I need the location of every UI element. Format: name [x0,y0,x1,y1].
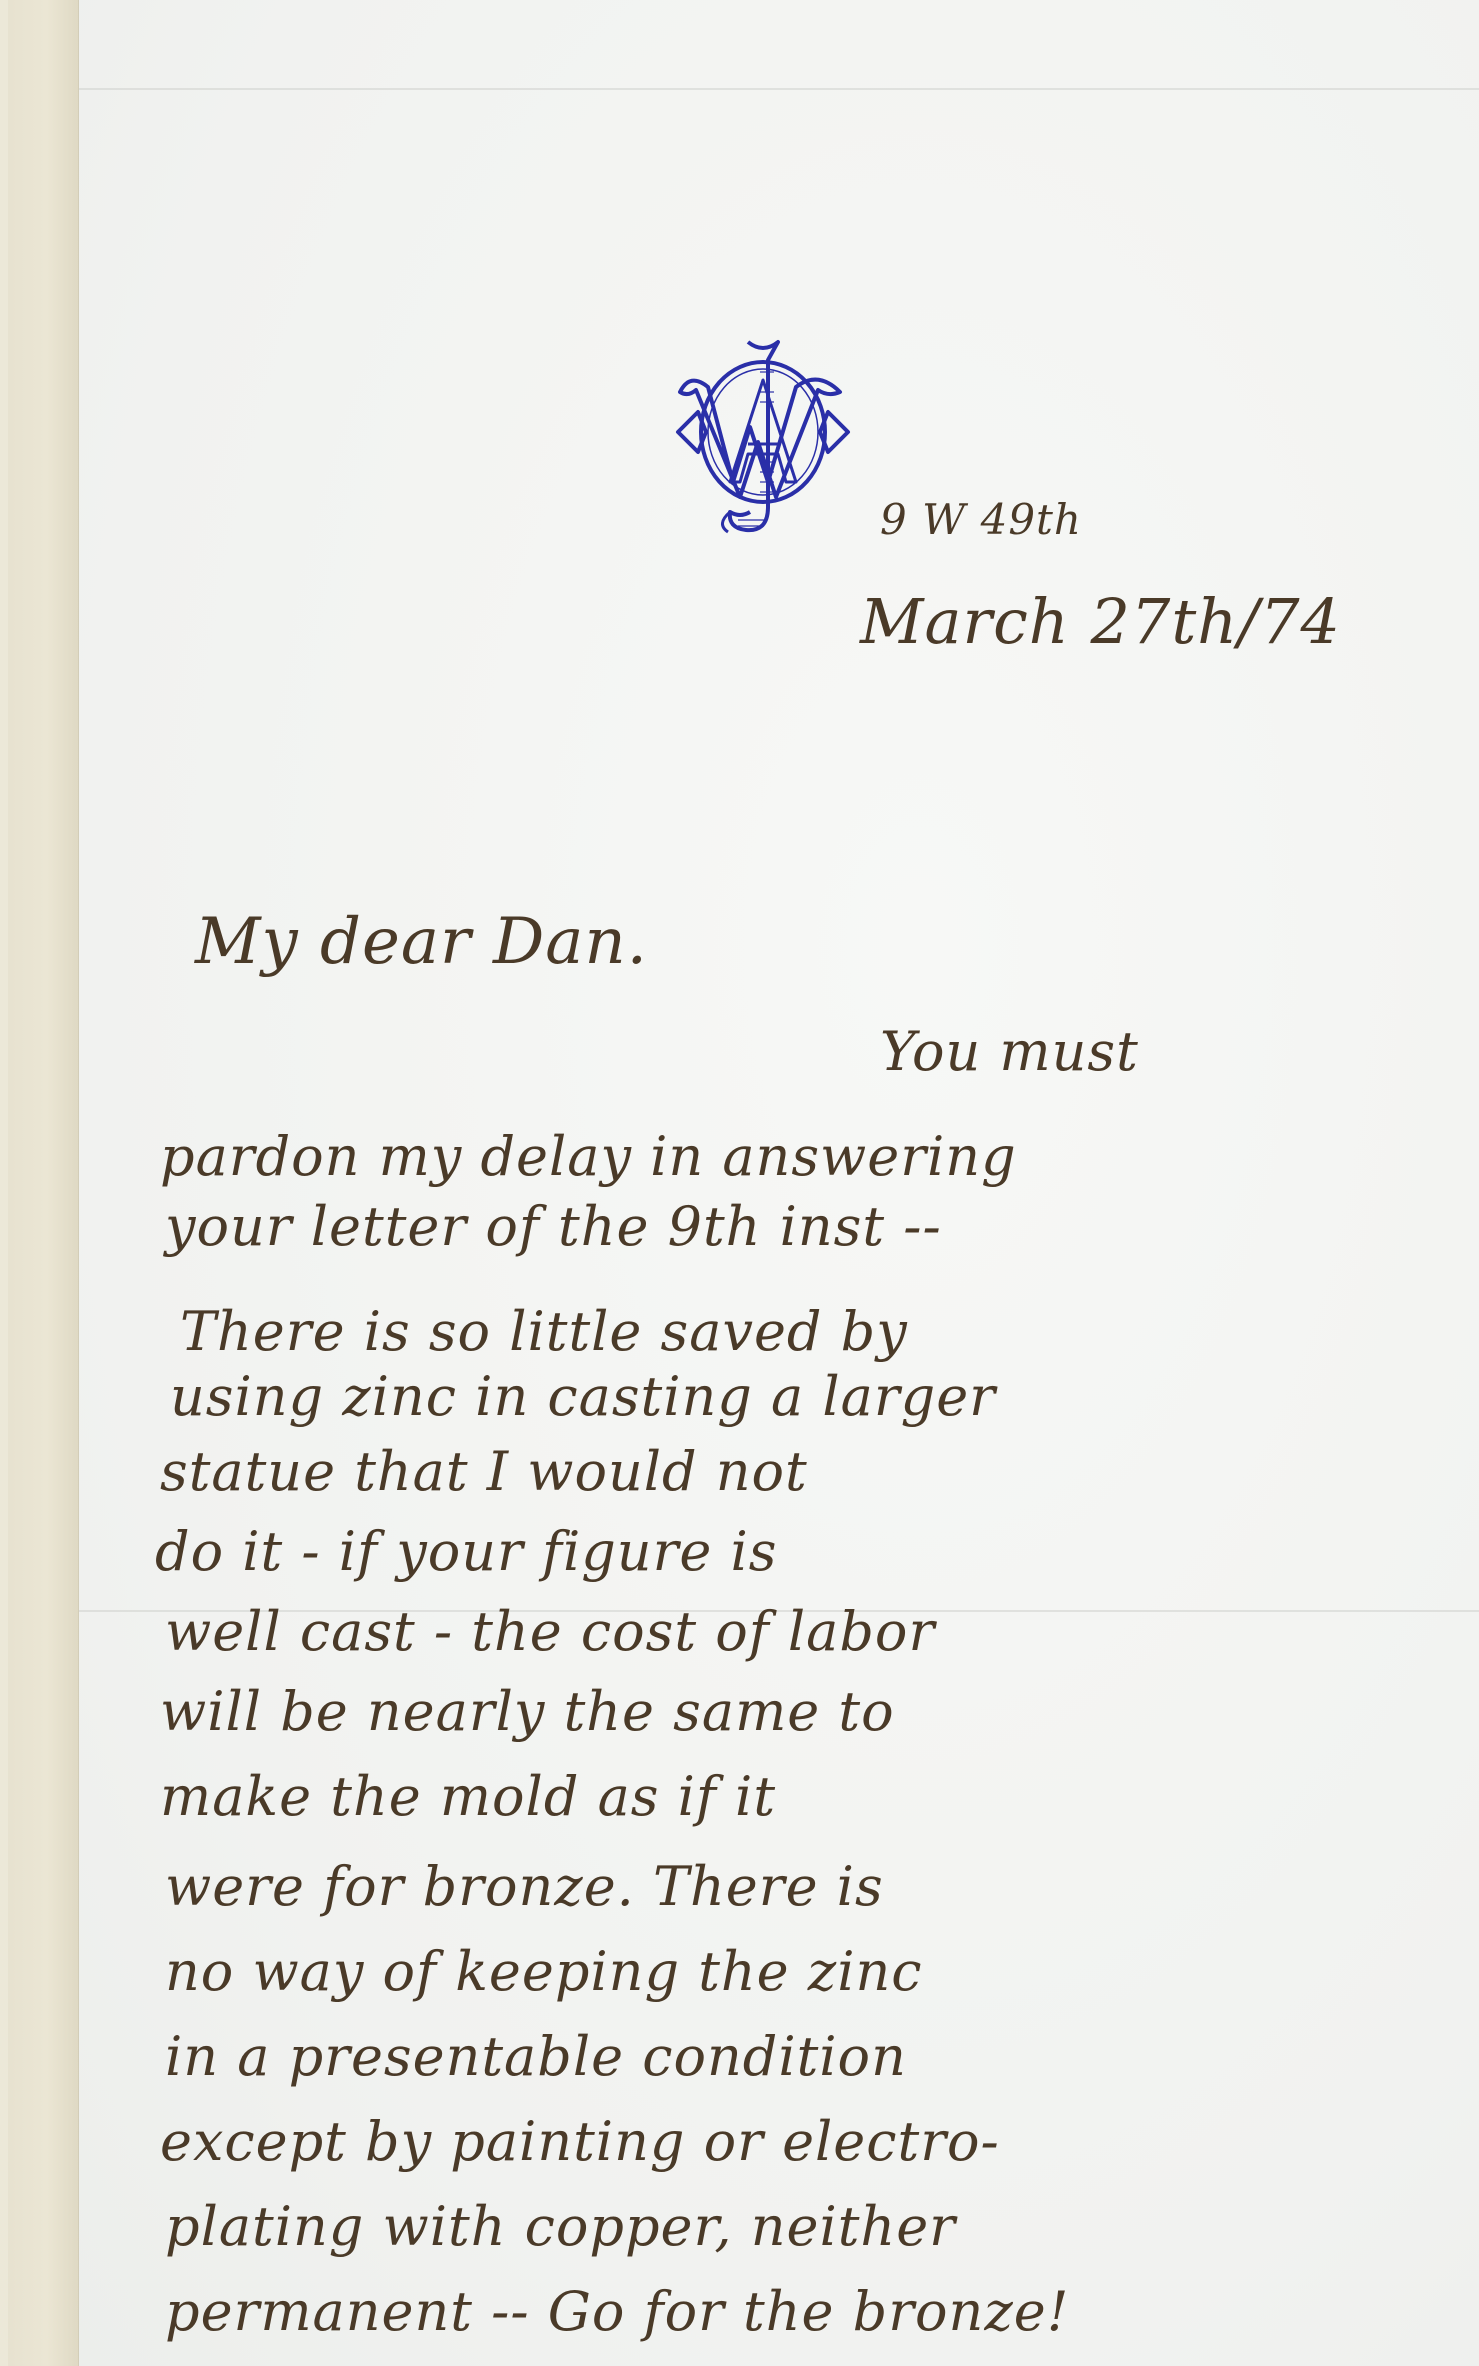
body-line: no way of keeping the zinc [165,1940,923,2003]
body-line: do it - if your figure is [155,1520,778,1583]
body-line: plating with copper, neither [165,2195,956,2258]
body-line: well cast - the cost of labor [165,1600,935,1663]
letter-address: 9 W 49th [880,495,1082,544]
letter-salutation: My dear Dan. [195,905,648,979]
monogram-crest-icon [668,332,858,542]
body-line: There is so little saved by [180,1300,908,1363]
body-line: were for bronze. There is [165,1855,884,1918]
fold-crease [79,88,1479,90]
body-line: You must [880,1020,1139,1083]
binding-strip [0,0,79,2366]
body-line: permanent -- Go for the bronze! [165,2280,1069,2343]
body-line: make the mold as if it [160,1765,776,1828]
body-line: your letter of the 9th inst -- [165,1195,942,1258]
binding-strip-edge [0,0,8,2366]
body-line: in a presentable condition [165,2025,907,2088]
body-line: pardon my delay in answering [160,1125,1017,1188]
letter-date: March 27th/74 [860,585,1341,658]
body-line: will be nearly the same to [160,1680,895,1743]
body-line: using zinc in casting a larger [170,1365,996,1428]
body-line: except by painting or electro- [160,2110,1000,2173]
body-line: statue that I would not [160,1440,808,1503]
